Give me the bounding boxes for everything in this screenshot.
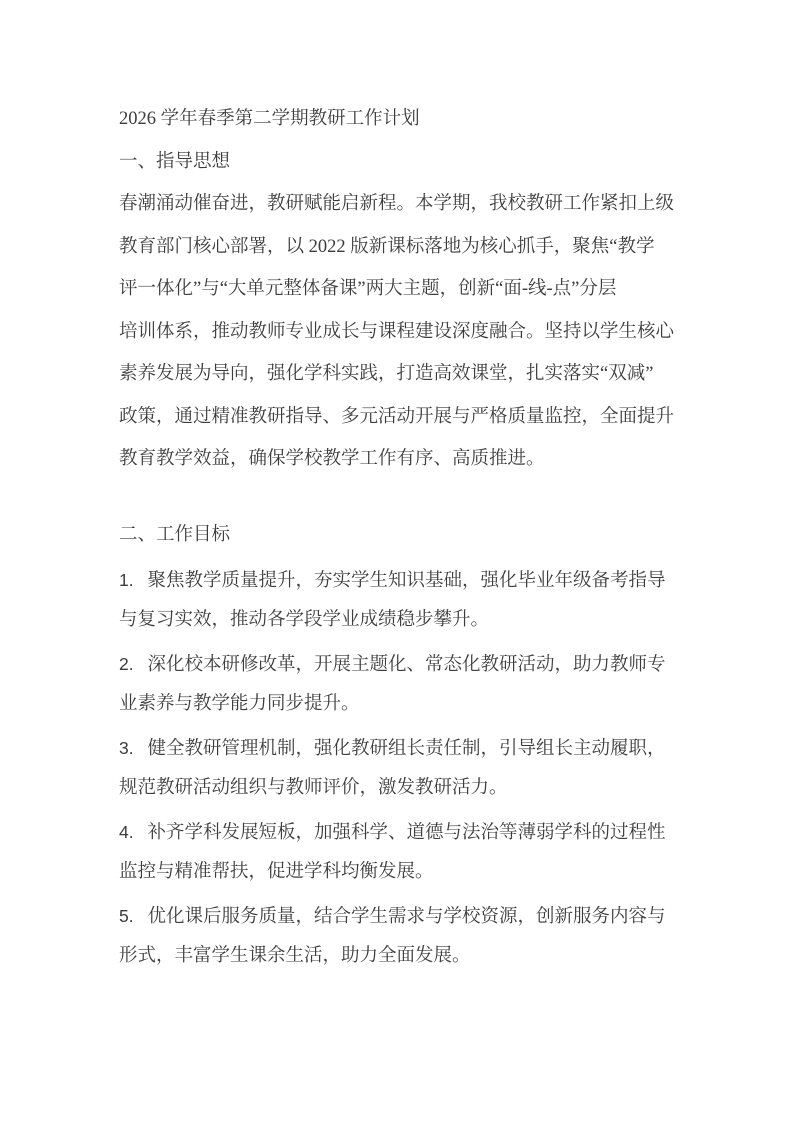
list-item-4-text: 补齐学科发展短板，加强科学、道德与法治等薄弱学科的过程性 监控与精准帮扶，促进学… bbox=[119, 823, 666, 882]
list-item-5: 5.优化课后服务质量，结合学生需求与学校资源，创新服务内容与 形式，丰富学生课余… bbox=[119, 897, 681, 976]
list-item-2-number: 2. bbox=[119, 645, 148, 684]
list-item-1-text: 聚焦教学质量提升，夯实学生知识基础，强化毕业年级备考指导 与复习实效，推动各学段… bbox=[119, 571, 666, 630]
list-item-3-text: 健全教研管理机制，强化教研组长责任制，引导组长主动履职， 规范教研活动组织与教师… bbox=[119, 739, 666, 798]
list-item-2: 2.深化校本研修改革，开展主题化、常态化教研活动，助力教师专 业素养与教学能力同… bbox=[119, 645, 681, 724]
list-item-4: 4.补齐学科发展短板，加强科学、道德与法治等薄弱学科的过程性 监控与精准帮扶，促… bbox=[119, 813, 681, 892]
document-page: 2026 学年春季第二学期教研工作计划 一、指导思想 春潮涌动催奋进，教研赋能启… bbox=[0, 0, 793, 1122]
work-goals-list: 1.聚焦教学质量提升，夯实学生知识基础，强化毕业年级备考指导 与复习实效，推动各… bbox=[119, 561, 681, 976]
section-1-heading: 一、指导思想 bbox=[119, 141, 681, 184]
list-item-5-number: 5. bbox=[119, 897, 148, 936]
section-2-heading: 二、工作目标 bbox=[119, 514, 681, 557]
section-1-paragraph: 春潮涌动催奋进，教研赋能启新程。本学期，我校教研工作紧扣上级 教育部门核心部署，… bbox=[119, 183, 681, 481]
list-item-1: 1.聚焦教学质量提升，夯实学生知识基础，强化毕业年级备考指导 与复习实效，推动各… bbox=[119, 561, 681, 640]
document-title: 2026 学年春季第二学期教研工作计划 bbox=[119, 98, 681, 141]
list-item-2-text: 深化校本研修改革，开展主题化、常态化教研活动，助力教师专 业素养与教学能力同步提… bbox=[119, 655, 666, 714]
list-item-5-text: 优化课后服务质量，结合学生需求与学校资源，创新服务内容与 形式，丰富学生课余生活… bbox=[119, 907, 666, 966]
list-item-4-number: 4. bbox=[119, 813, 148, 852]
list-item-1-number: 1. bbox=[119, 561, 148, 600]
list-item-3-number: 3. bbox=[119, 729, 148, 768]
list-item-3: 3.健全教研管理机制，强化教研组长责任制，引导组长主动履职， 规范教研活动组织与… bbox=[119, 729, 681, 808]
